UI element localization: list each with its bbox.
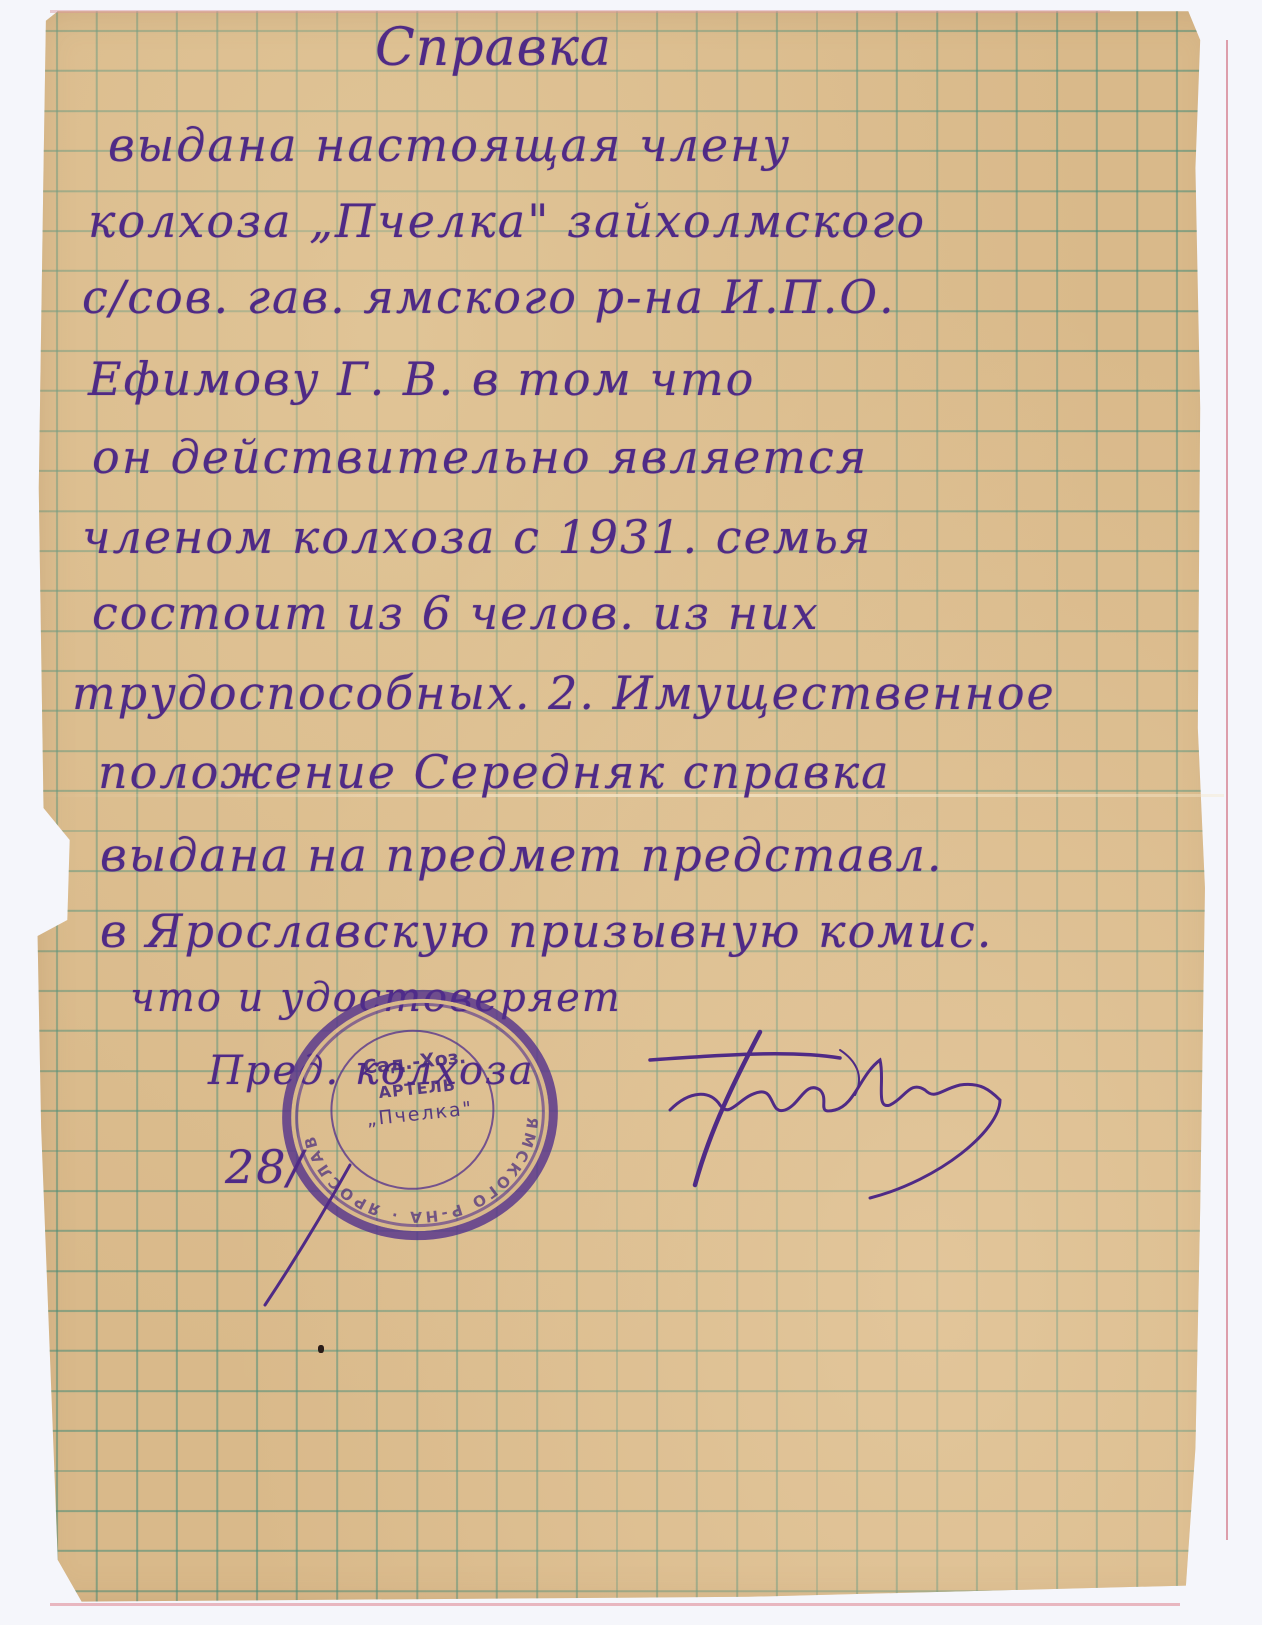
text-line-1: выдана настоящая члену: [108, 118, 791, 172]
paper-edge-top: [50, 10, 1110, 13]
ink-speck: [318, 1345, 324, 1353]
text-line-10: выдана на предмет представл.: [100, 828, 944, 882]
text-line-2: колхоза „Пчелка" зайхолмского: [88, 194, 926, 248]
text-line-9: положение Середняк справка: [98, 745, 891, 799]
text-line-3: с/сов. гав. ямского р-на И.П.О.: [82, 270, 896, 324]
date-slash-stroke-icon: [245, 1160, 365, 1310]
graph-paper-sheet: [34, 8, 1224, 1608]
scanned-document: Справка выдана настоящая члену колхоза „…: [0, 0, 1262, 1625]
text-line-5: он действительно является: [92, 430, 868, 484]
signature-icon: [640, 1020, 1010, 1200]
text-line-6: членом колхоза с 1931. семья: [82, 510, 872, 564]
paper-edge-right: [1226, 40, 1228, 1540]
text-line-11: в Ярославскую призывную комис.: [100, 904, 993, 958]
document-title: Справка: [375, 18, 612, 78]
text-line-8: трудоспособных. 2. Имущественное: [72, 666, 1056, 720]
text-line-7: состоит из 6 челов. из них: [92, 586, 820, 640]
paper-edge-bottom: [50, 1603, 1180, 1606]
text-line-4: Ефимову Г. В. в том что: [88, 352, 755, 406]
